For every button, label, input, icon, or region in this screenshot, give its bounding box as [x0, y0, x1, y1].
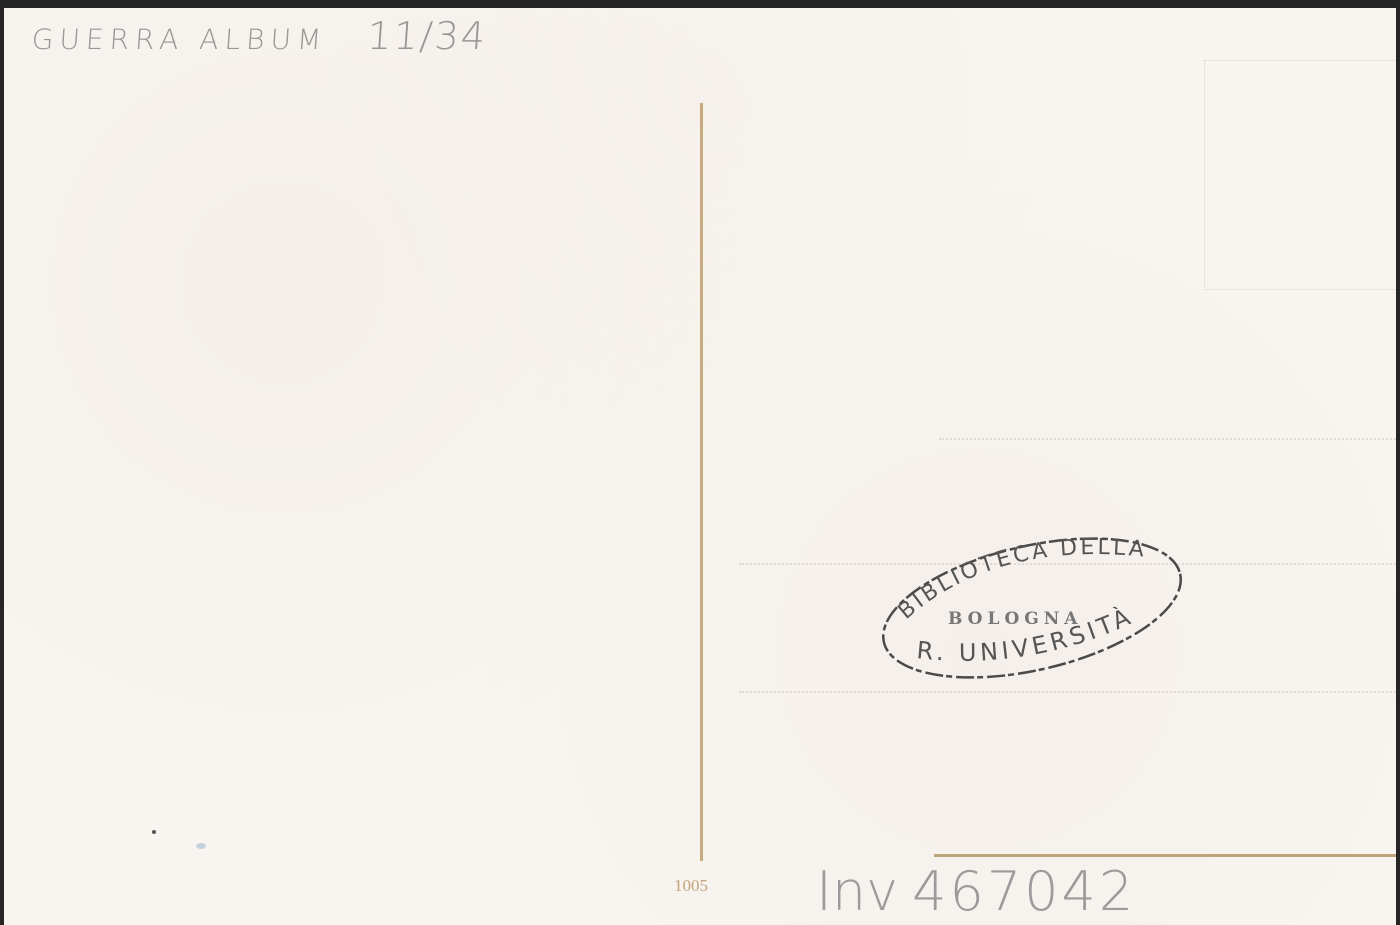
postcard-back: GUERRA ALBUM11/34 BIBLIOTECA DELLA BOLOG…	[4, 8, 1396, 925]
album-title: GUERRA ALBUM	[31, 23, 329, 56]
center-divider-line	[700, 103, 703, 861]
address-line-3	[739, 691, 1400, 693]
address-line-1	[939, 438, 1400, 440]
publisher-code: 1005	[674, 876, 708, 896]
stamp-placeholder-box	[1204, 60, 1399, 290]
blue-mark	[196, 843, 206, 849]
oval-stamp-icon: BIBLIOTECA DELLA BOLOGNA R. UNIVERSITÀ	[876, 528, 1188, 688]
album-number: 11/34	[366, 14, 489, 58]
scan-border-right	[1396, 8, 1400, 925]
bottom-rule-line	[934, 854, 1400, 857]
ink-speck	[152, 830, 156, 834]
library-ownership-stamp: BIBLIOTECA DELLA BOLOGNA R. UNIVERSITÀ	[876, 528, 1188, 688]
handwritten-inventory-number: Inv467042	[816, 860, 1136, 923]
inventory-label: Inv	[816, 860, 898, 923]
inventory-number: 467042	[912, 860, 1136, 923]
handwritten-album-note: GUERRA ALBUM11/34	[30, 14, 488, 58]
